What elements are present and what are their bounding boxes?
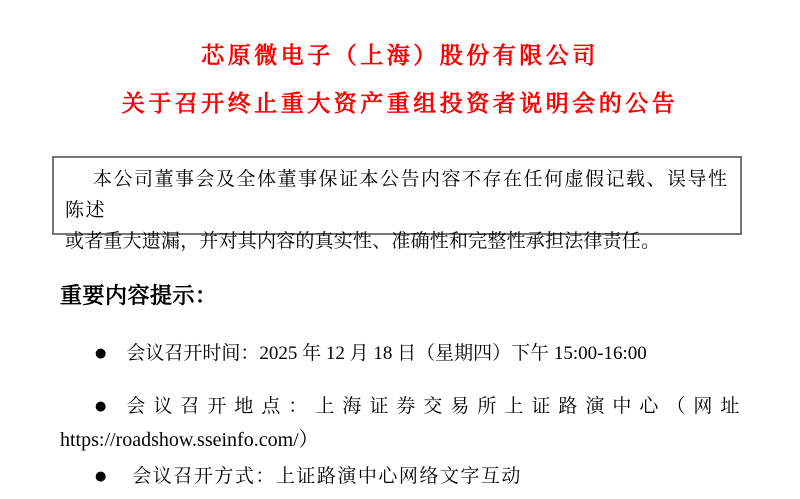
bullet-item-meeting-time: ● 会议召开时间：2025 年 12 月 18 日（星期四）下午 15:00-1…: [95, 342, 647, 366]
bullet-icon: ●: [95, 342, 106, 366]
important-notice-heading: 重要内容提示：: [60, 279, 218, 310]
disclaimer-line-2: 或者重大遗漏，并对其内容的真实性、准确性和完整性承担法律责任。: [65, 226, 732, 257]
company-title: 芯原微电子（上海）股份有限公司: [0, 43, 800, 69]
disclaimer-box: 本公司董事会及全体董事保证本公告内容不存在任何虚假记载、误导性陈述 或者重大遗漏…: [52, 156, 742, 235]
document-page: 芯原微电子（上海）股份有限公司 关于召开终止重大资产重组投资者说明会的公告 本公…: [0, 0, 800, 499]
bullet-icon: ●: [95, 395, 106, 419]
announcement-title: 关于召开终止重大资产重组投资者说明会的公告: [0, 91, 800, 117]
bullet-item-meeting-method: ● 会议召开方式：上证路演中心网络文字互动: [95, 465, 522, 489]
meeting-time-text: 会议召开时间：2025 年 12 月 18 日（星期四）下午 15:00-16:…: [126, 342, 646, 366]
meeting-url-text[interactable]: https://roadshow.sseinfo.com/）: [60, 428, 319, 453]
bullet-icon: ●: [95, 465, 106, 489]
disclaimer-line-1: 本公司董事会及全体董事保证本公告内容不存在任何虚假记载、误导性陈述: [65, 164, 732, 226]
bullet-item-meeting-location: ● 会议召开地点：上海证券交易所上证路演中心（网址: [95, 395, 747, 419]
meeting-method-text: 会议召开方式：上证路演中心网络文字互动: [132, 465, 522, 489]
meeting-location-text: 会议召开地点：上海证券交易所上证路演中心（网址: [126, 395, 747, 419]
